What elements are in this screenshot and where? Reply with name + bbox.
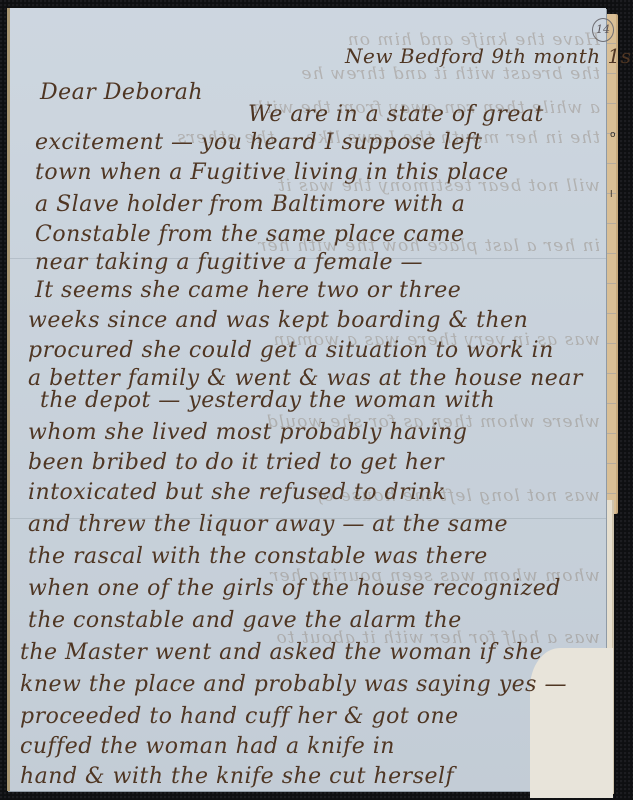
body-line: weeks since and was kept boarding & then xyxy=(28,308,528,333)
body-line: procured she could get a situation to wo… xyxy=(28,338,554,363)
body-line: the depot — yesterday the woman with xyxy=(40,388,495,413)
body-line: and threw the liquor away — at the same xyxy=(28,512,508,537)
body-line: the rascal with the constable was there xyxy=(28,544,488,569)
letter-page: 14 Have the knife and him on the breast … xyxy=(7,8,606,791)
body-line: a Slave holder from Baltimore with a xyxy=(35,192,465,217)
body-line: hand & with the knife she cut herself xyxy=(20,764,454,789)
body-line: the Master went and asked the woman if s… xyxy=(20,640,543,665)
body-line: We are in a state of great xyxy=(248,102,544,127)
salutation: Dear Deborah xyxy=(40,80,203,105)
body-line: near taking a fugitive a female — xyxy=(35,250,423,275)
paper-repair-patch xyxy=(530,648,613,798)
body-line: Constable from the same place came xyxy=(35,222,465,247)
body-line: cuffed the woman had a knife in xyxy=(20,734,395,759)
body-line: It seems she came here two or three xyxy=(35,278,461,303)
body-line: excitement — you heard I suppose left xyxy=(35,130,483,155)
body-line: intoxicated but she refused to drink xyxy=(28,480,446,505)
body-line: been bribed to do it tried to get her xyxy=(28,450,444,475)
body-line: knew the place and probably was saying y… xyxy=(20,672,567,697)
body-line: town when a Fugitive living in this plac… xyxy=(35,160,509,185)
body-line: whom she lived most probably having xyxy=(28,420,468,445)
margin-mark: l xyxy=(610,190,613,200)
body-line: when one of the girls of the house recog… xyxy=(28,576,561,601)
margin-mark: o xyxy=(610,130,616,140)
dateline: New Bedford 9th month 1st 1852 xyxy=(345,44,633,68)
body-line: proceeded to hand cuff her & got one xyxy=(20,704,459,729)
body-line: the constable and gave the alarm the xyxy=(28,608,462,633)
